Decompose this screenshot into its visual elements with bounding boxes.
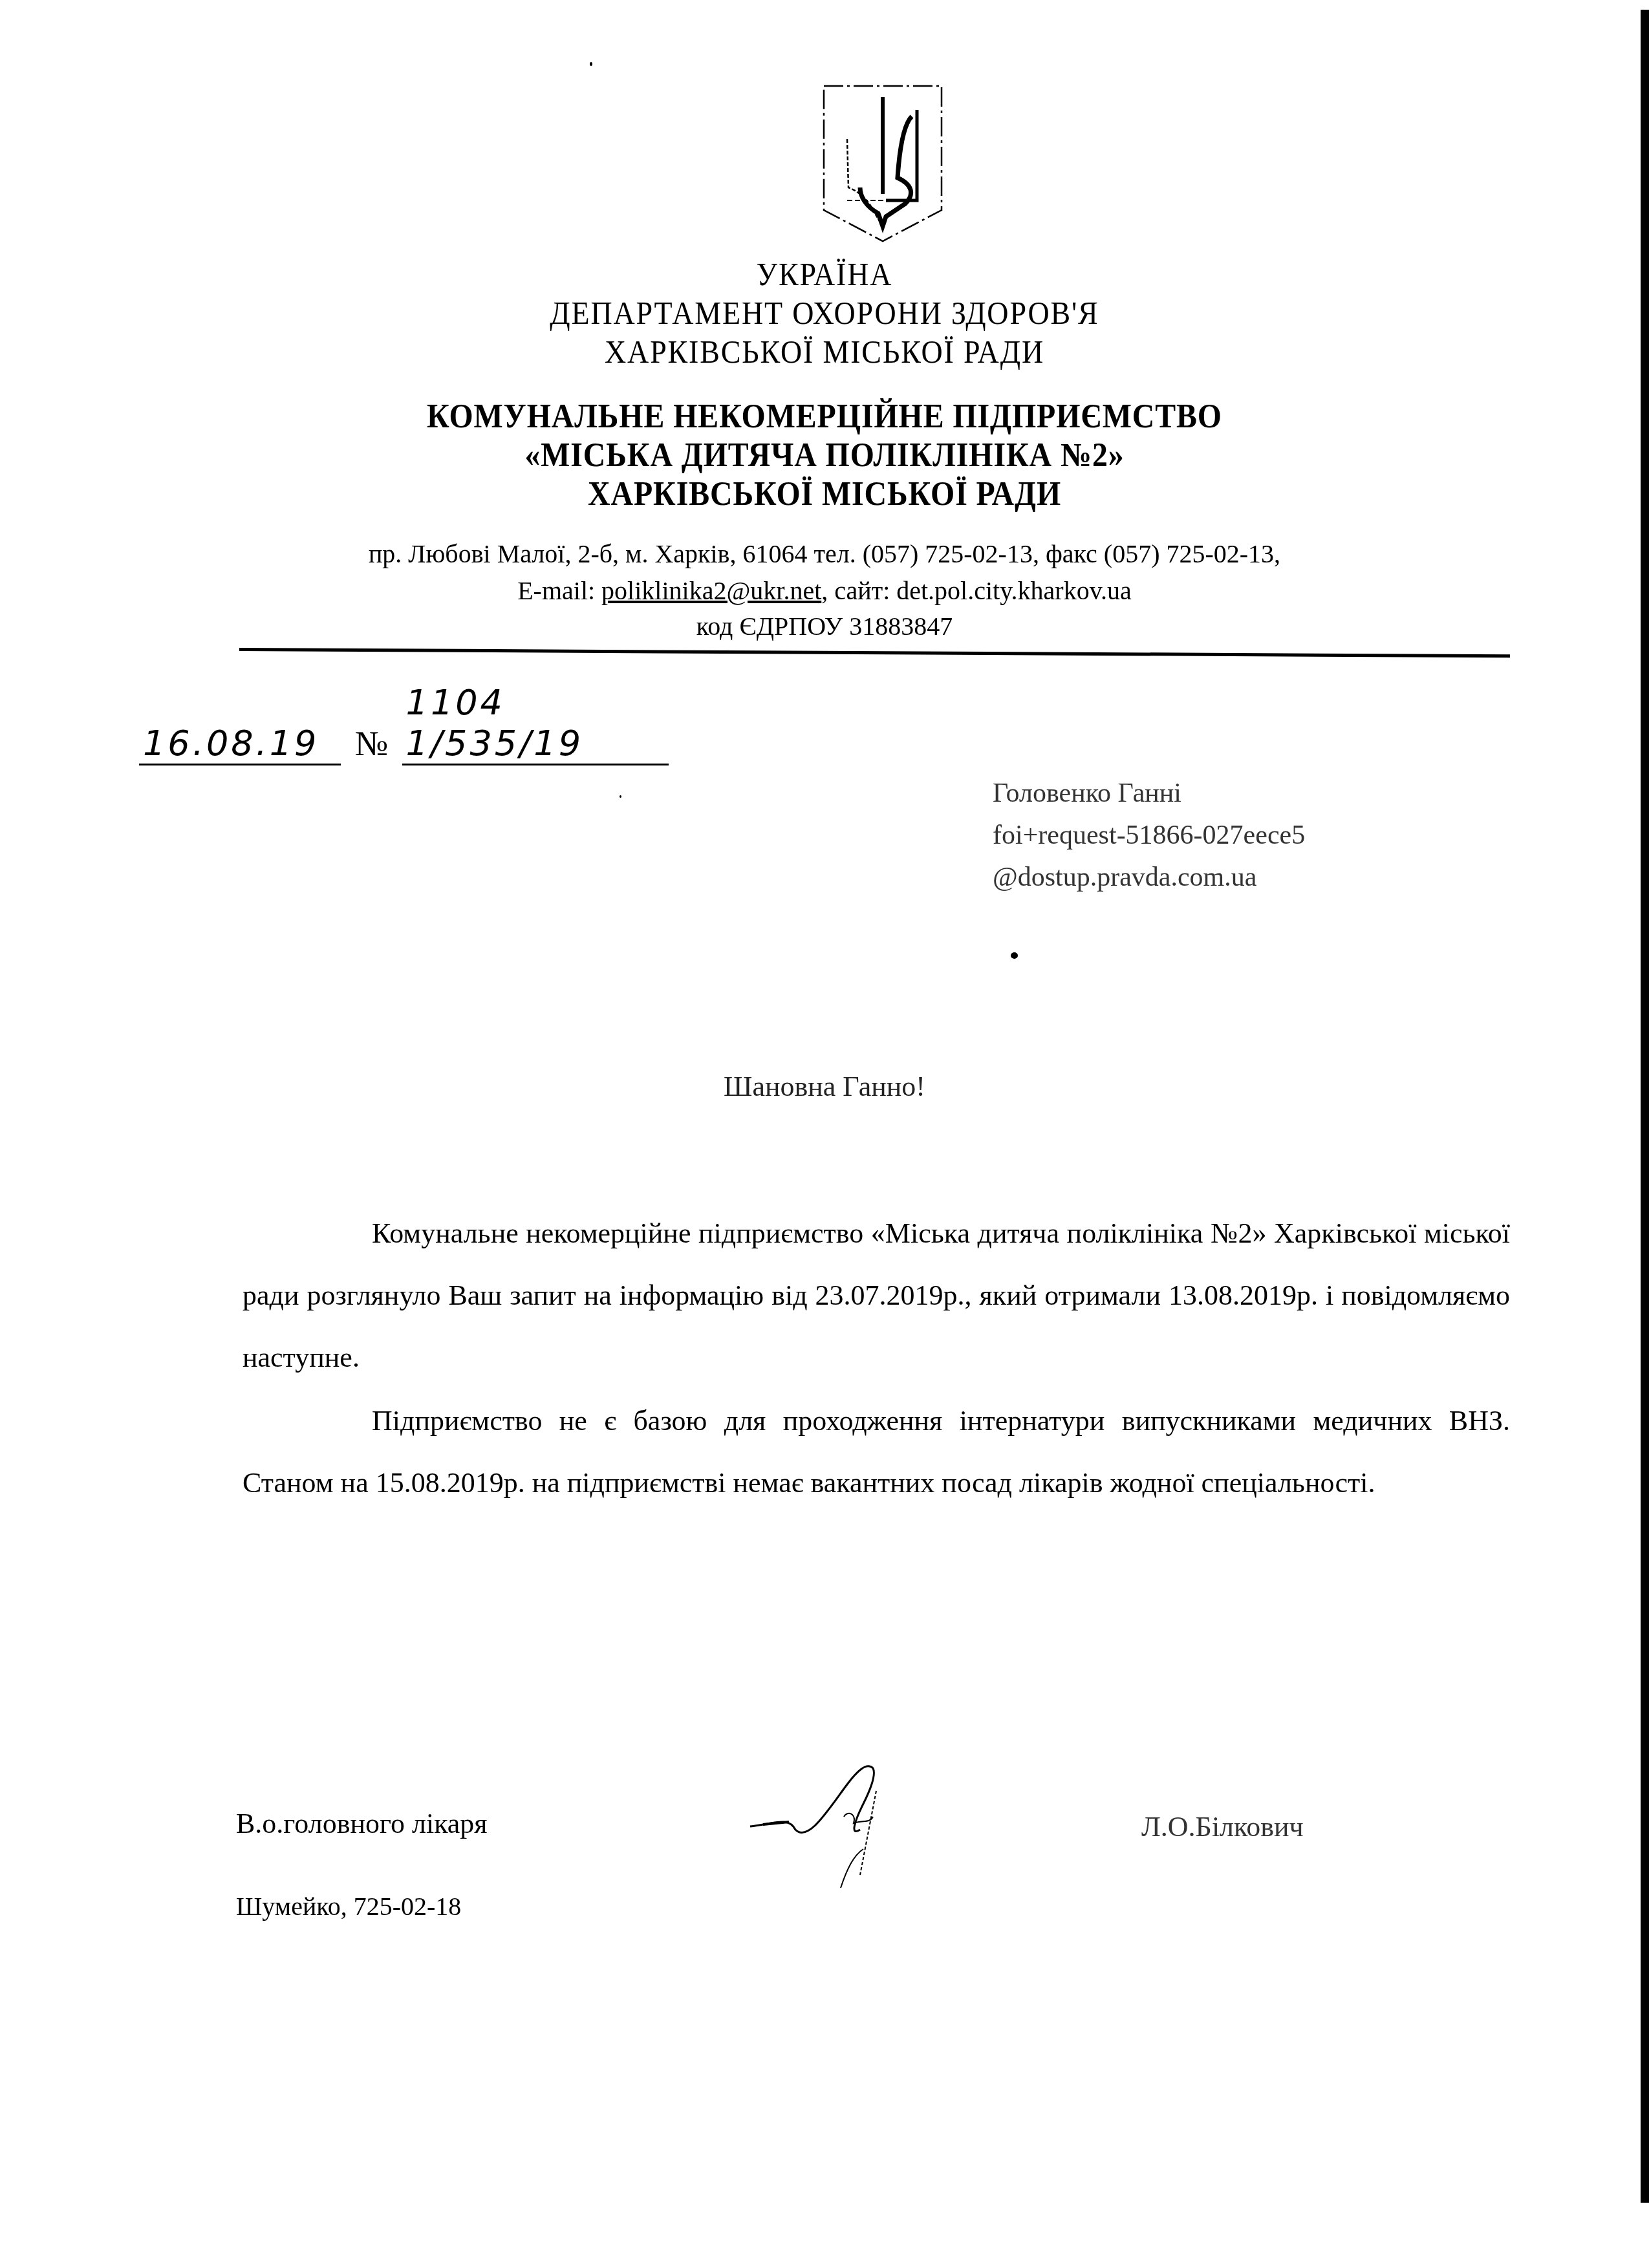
registration-line: 16.08.19 № 1104 1/535/19 xyxy=(139,682,669,765)
site-text: , сайт: det.pol.city.kharkov.ua xyxy=(821,576,1132,605)
addressee-email-1: foi+request-51866-027eece5 xyxy=(993,815,1305,857)
scan-speck xyxy=(590,62,592,66)
department-line-2: ХАРКІВСЬКОЇ МІСЬКОЇ РАДИ xyxy=(66,333,1583,370)
email-link[interactable]: poliklinika2@ukr.net xyxy=(601,576,821,605)
addressee-block: Головенко Ганні foi+request-51866-027eec… xyxy=(993,773,1305,899)
body-paragraph-2: Підприємство не є базою для проходження … xyxy=(242,1390,1510,1514)
body-paragraph-1: Комунальне некомерційне підприємство «Мі… xyxy=(242,1203,1510,1389)
country-name: УКРАЇНА xyxy=(66,255,1583,293)
organization-line-3: ХАРКІВСЬКОЇ МІСЬКОЇ РАДИ xyxy=(66,475,1583,513)
registration-date: 16.08.19 xyxy=(139,723,341,765)
handwritten-signature-icon xyxy=(737,1759,983,1901)
executor-contact: Шумейко, 725-02-18 xyxy=(236,1891,461,1921)
trident-emblem-icon xyxy=(821,81,944,242)
scan-edge-bar xyxy=(1641,10,1649,2203)
email-site-line: E-mail: poliklinika2@ukr.net, сайт: det.… xyxy=(0,575,1649,606)
address-line: пр. Любові Малої, 2-б, м. Харків, 61064 … xyxy=(0,539,1649,569)
scan-speck xyxy=(620,795,621,798)
department-line-1: ДЕПАРТАМЕНТ ОХОРОНИ ЗДОРОВ'Я xyxy=(66,294,1583,332)
salutation: Шановна Ганно! xyxy=(0,1070,1649,1103)
email-label: E-mail: xyxy=(517,576,595,605)
registration-number: 1104 1/535/19 xyxy=(402,682,669,765)
header-separator xyxy=(239,648,1510,658)
signatory-name: Л.О.Білкович xyxy=(1141,1810,1304,1843)
addressee-email-2: @dostup.pravda.com.ua xyxy=(993,857,1305,899)
scan-speck xyxy=(1011,952,1018,959)
addressee-name: Головенко Ганні xyxy=(993,773,1305,815)
number-sign: № xyxy=(355,724,389,763)
signatory-role: В.о.головного лікаря xyxy=(236,1807,488,1840)
organization-line-2: «МІСЬКА ДИТЯЧА ПОЛІКЛІНІКА №2» xyxy=(66,436,1583,475)
edrpou-code: код ЄДРПОУ 31883847 xyxy=(0,611,1649,641)
organization-line-1: КОМУНАЛЬНЕ НЕКОМЕРЦІЙНЕ ПІДПРИЄМСТВО xyxy=(66,398,1583,436)
